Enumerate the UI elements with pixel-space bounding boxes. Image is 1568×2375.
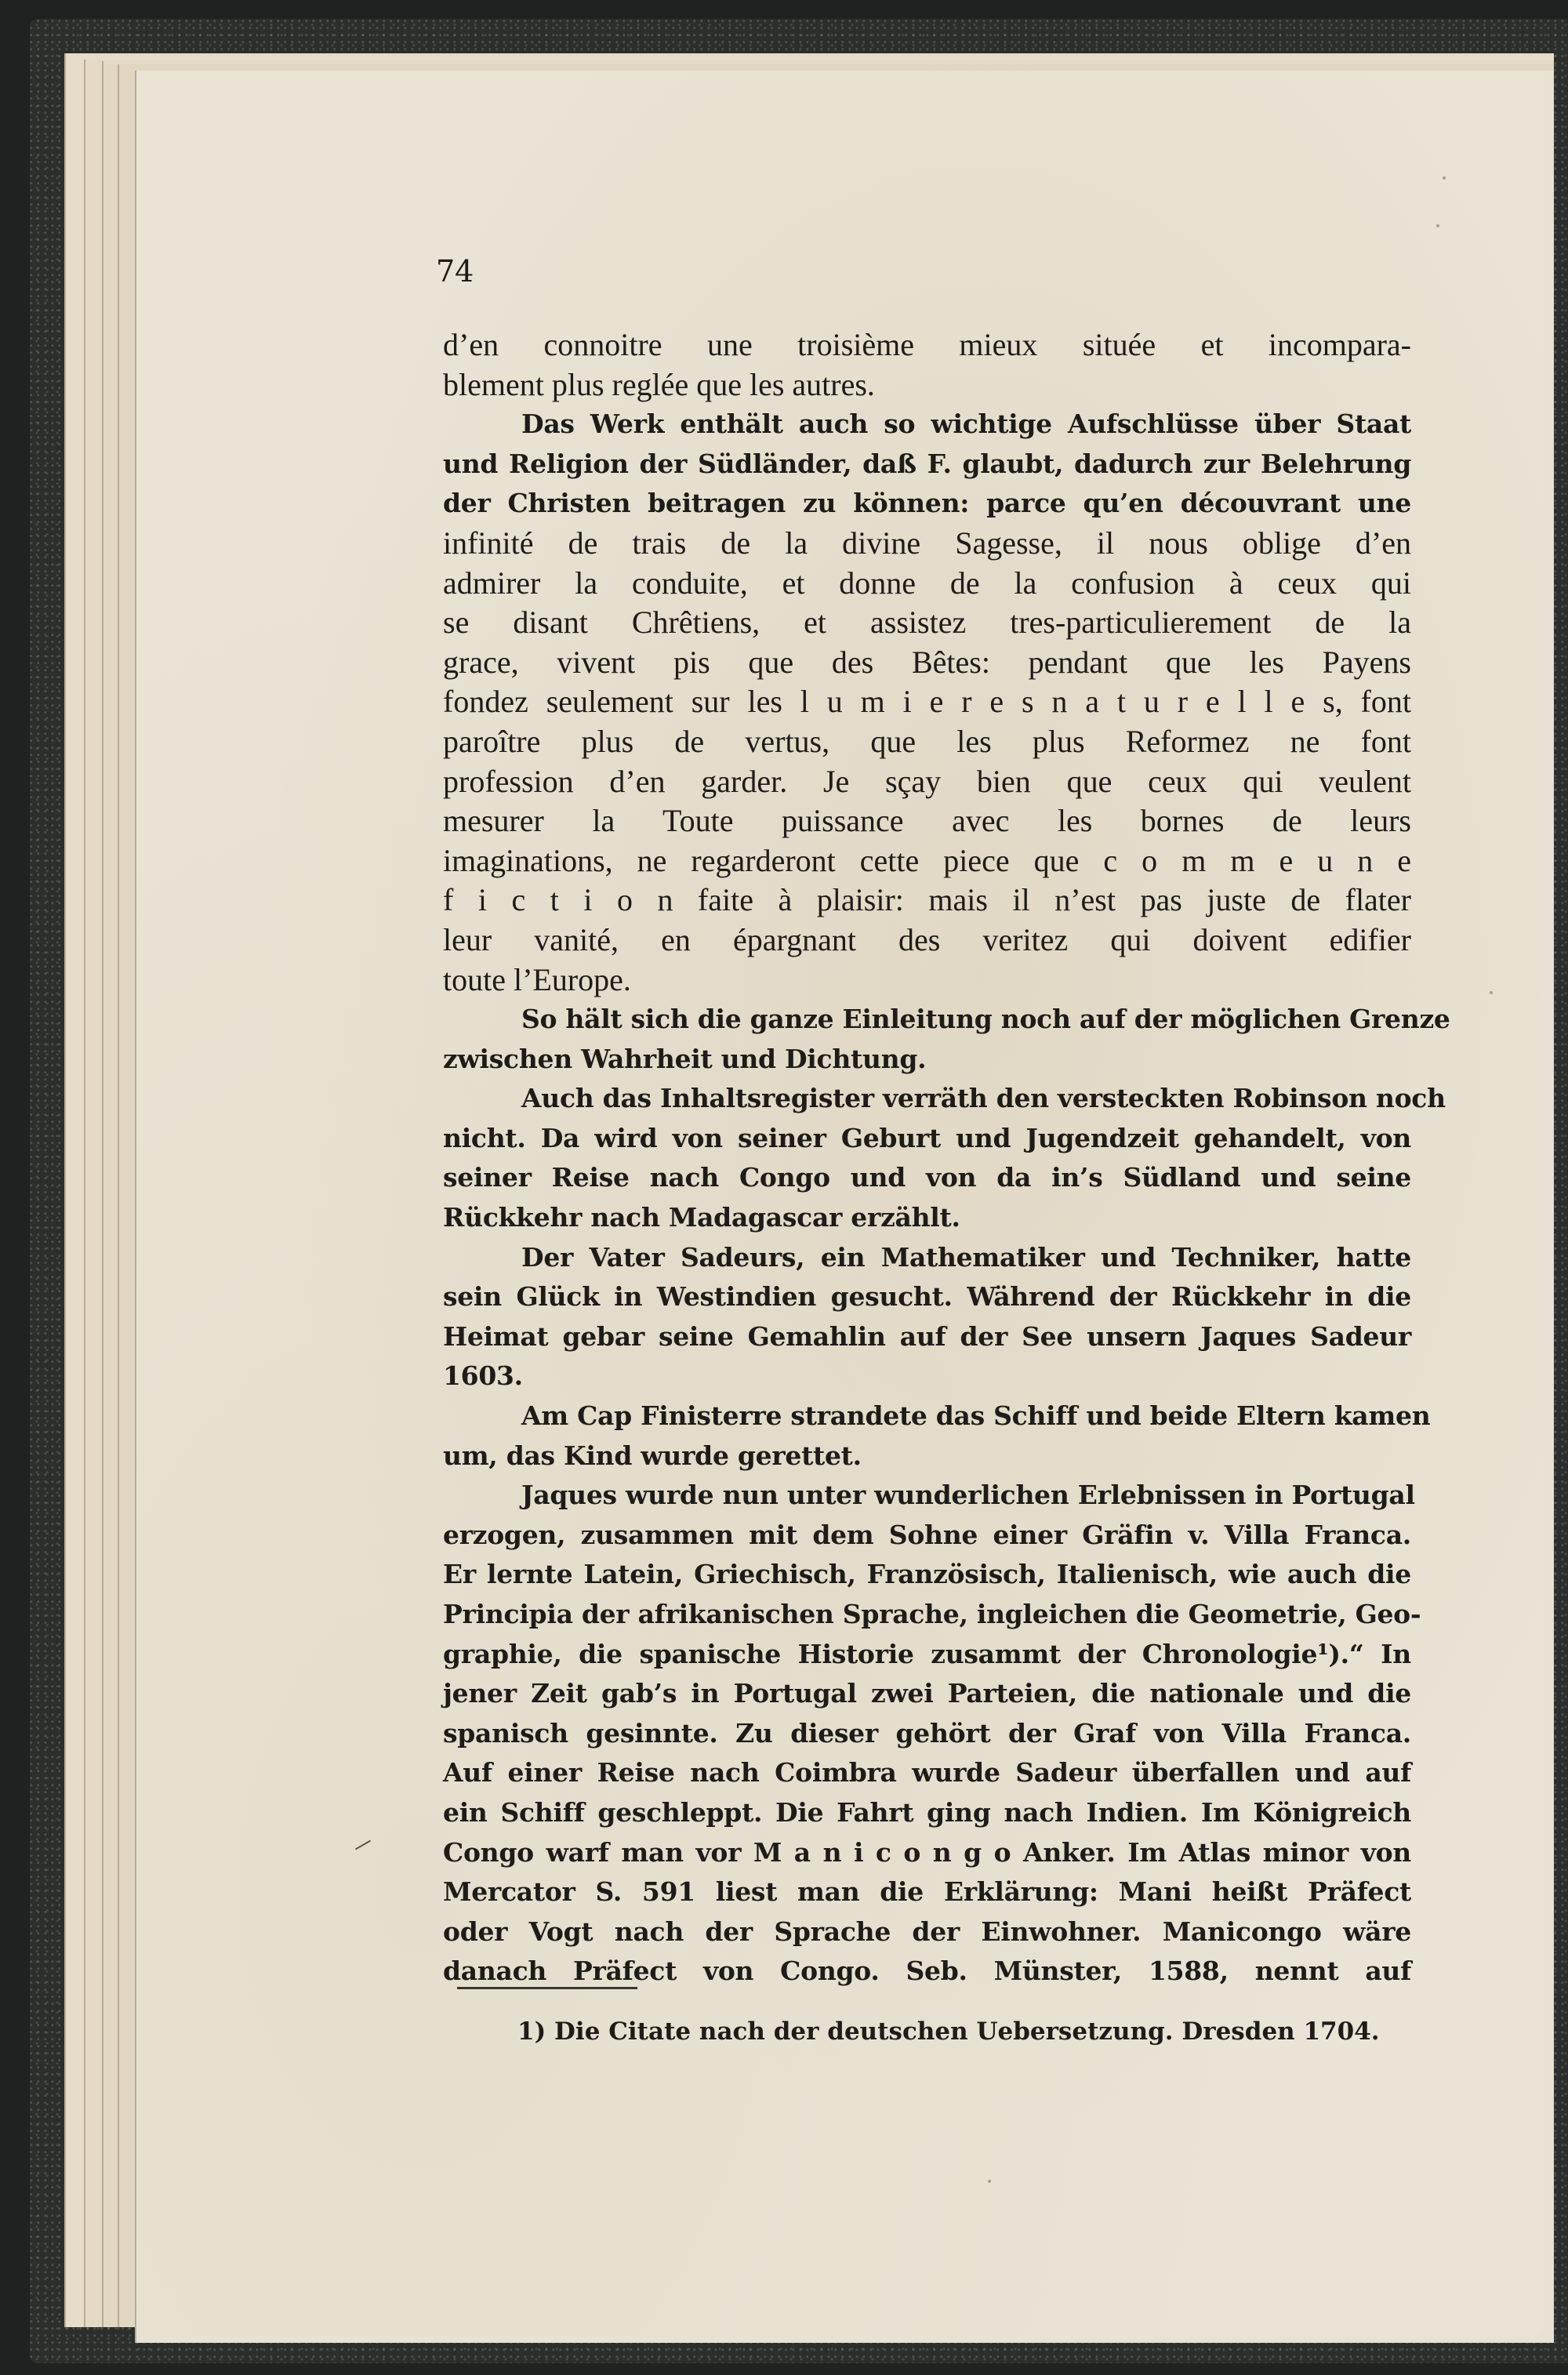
text-line: blement plus reglée que les autres. (443, 365, 1411, 405)
text-line: grace, vivent pis que des Bêtes: pendant… (443, 643, 1411, 683)
foxing-spot (1490, 991, 1493, 994)
foxing-spot (1443, 176, 1446, 180)
text-line: jener Zeit gab’s in Portugal zwei Partei… (443, 1674, 1411, 1714)
text-line: se disant Chrêtiens, et assistez tres-pa… (443, 603, 1411, 643)
text-line: nicht. Da wird von seiner Geburt und Jug… (443, 1119, 1411, 1159)
text-line: ein Schiff geschleppt. Die Fahrt ging na… (443, 1793, 1411, 1833)
text-line: Auf einer Reise nach Coimbra wurde Sadeu… (443, 1753, 1411, 1793)
foxing-spot (988, 2180, 991, 2183)
text-line: Congo warf man vor M a n i c o n g o Ank… (443, 1833, 1411, 1873)
page-number: 74 (436, 254, 474, 289)
text-line: Jaques wurde nun unter wunderlichen Erle… (443, 1476, 1411, 1516)
foxing-spot (1436, 224, 1439, 227)
text-line: Principia der afrikanischen Sprache, ing… (443, 1595, 1411, 1635)
text-line: paroître plus de vertus, que les plus Re… (443, 722, 1411, 762)
text-line: fondez seulement sur les l u m i e r e s… (443, 682, 1411, 722)
text-line: profession d’en garder. Je sçay bien que… (443, 762, 1411, 802)
body-text: d’en connoitre une troisième mieux situé… (443, 325, 1411, 1992)
text-line: Rückkehr nach Madagascar erzählt. (443, 1198, 1411, 1238)
text-line: Er lernte Latein, Griechisch, Französisc… (443, 1555, 1411, 1595)
text-line: Heimat gebar seine Gemahlin auf der See … (443, 1317, 1411, 1357)
text-line: der Christen beitragen zu können: parce … (443, 484, 1411, 524)
footnote-marker: 1) (517, 2017, 546, 2046)
text-line: mesurer la Toute puissance avec les born… (443, 801, 1411, 841)
footnote-divider (457, 1987, 637, 1989)
text-line: seiner Reise nach Congo und von da in’s … (443, 1158, 1411, 1198)
text-line: graphie, die spanische Historie zusammt … (443, 1635, 1411, 1675)
text-line: um, das Kind wurde gerettet. (443, 1436, 1411, 1476)
footnote-text: Die Citate nach der deutschen Uebersetzu… (554, 2017, 1380, 2046)
text-line: Das Werk enthält auch so wichtige Aufsch… (443, 405, 1411, 445)
text-line: Am Cap Finisterre strandete das Schiff u… (443, 1396, 1411, 1436)
text-line: So hält sich die ganze Einleitung noch a… (443, 1000, 1411, 1040)
text-line: zwischen Wahrheit und Dichtung. (443, 1040, 1411, 1080)
text-line: Der Vater Sadeurs, ein Mathematiker und … (443, 1238, 1411, 1278)
text-line: 1603. (443, 1356, 1411, 1396)
text-line: spanisch gesinnte. Zu dieser gehört der … (443, 1714, 1411, 1754)
text-line: toute l’Europe. (443, 961, 1411, 1000)
text-line: leur vanité, en épargnant des veritez qu… (443, 921, 1411, 961)
text-line: admirer la conduite, et donne de la conf… (443, 564, 1411, 604)
text-line: oder Vogt nach der Sprache der Einwohner… (443, 1912, 1411, 1952)
text-line: danach Präfect von Congo. Seb. Münster, … (443, 1952, 1411, 1992)
text-line: d’en connoitre une troisième mieux situé… (443, 325, 1411, 365)
text-line: Auch das Inhaltsregister verräth den ver… (443, 1079, 1411, 1119)
text-line: sein Glück in Westindien gesucht. Währen… (443, 1277, 1411, 1317)
text-line: Mercator S. 591 liest man die Erklärung:… (443, 1872, 1411, 1912)
text-line: infinité de trais de la divine Sagesse, … (443, 524, 1411, 564)
text-line: imaginations, ne regarderont cette piece… (443, 841, 1411, 881)
text-line: erzogen, zusammen mit dem Sohne einer Gr… (443, 1516, 1411, 1556)
text-line: f i c t i o n faite à plaisir: mais il n… (443, 881, 1411, 921)
footnote: 1) Die Citate nach der deutschen Ueberse… (517, 2017, 1380, 2046)
text-line: und Religion der Südländer, daß F. glaub… (443, 445, 1411, 485)
